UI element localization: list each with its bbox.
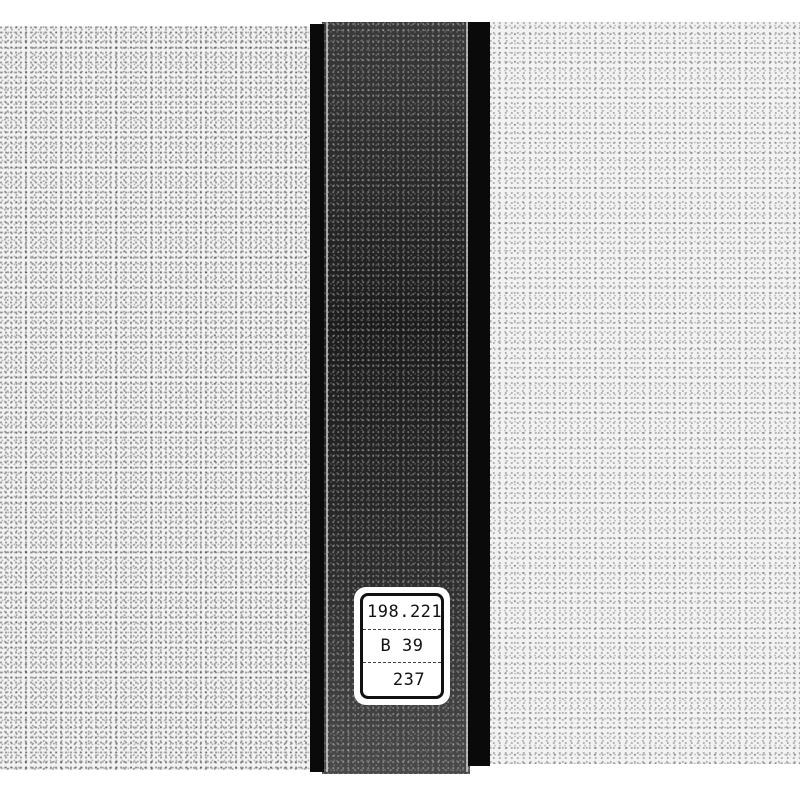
left-hinge	[310, 24, 324, 772]
front-board	[0, 26, 316, 770]
right-hinge	[468, 22, 490, 766]
call-number-item: 237	[363, 662, 441, 696]
call-number-label-frame: 198.221 B 39 237	[360, 593, 444, 699]
back-board	[486, 22, 800, 764]
spine-edge-right	[466, 22, 468, 772]
call-number-label: 198.221 B 39 237	[354, 587, 450, 705]
call-number-cutter: B 39	[363, 629, 441, 663]
book-cover-scan: 198.221 B 39 237	[0, 0, 800, 800]
call-number-class: 198.221	[363, 596, 441, 629]
spine-edge-left	[326, 22, 328, 772]
